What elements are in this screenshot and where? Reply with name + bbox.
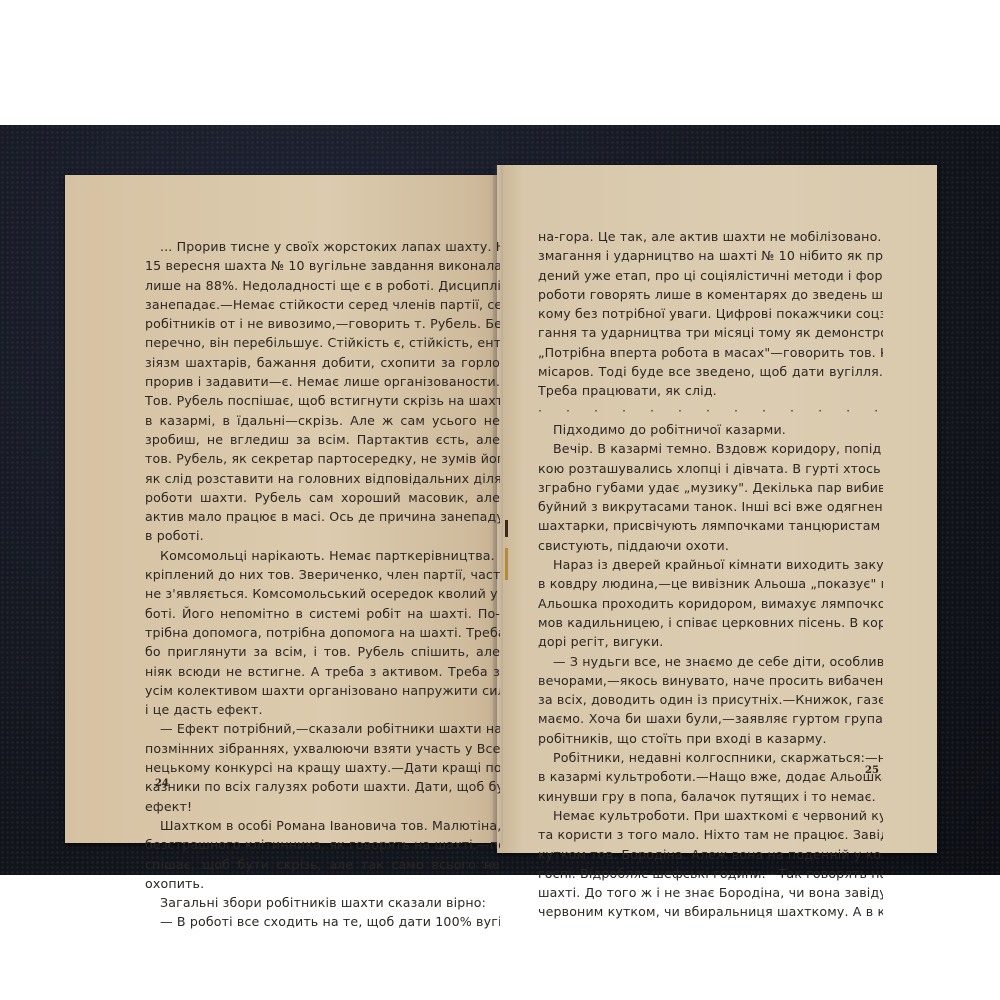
text-line: кою розташувались хлопці і дівчата. В гу… <box>538 459 883 478</box>
text-line: в ковдру людина,—це вивізник Альоша „пок… <box>538 574 883 593</box>
text-line: робітників от і не вивозимо,—говорить т.… <box>145 314 500 333</box>
text-line: актив мало працює в масі. Ось де причина… <box>145 507 500 526</box>
text-line: вечорами,—якось винувато, наче просить в… <box>538 671 883 690</box>
text-line: Підходимо до робітничої казарми. <box>538 420 883 439</box>
text-line: Треба працювати, як слід. <box>538 381 883 400</box>
text-line: гання та ударництва три місяці тому як д… <box>538 323 883 342</box>
text-line: нецькому конкурсі на кращу шахту.—Дати к… <box>145 758 500 777</box>
text-line: кутком тов. Бородіна. Алеж вона на поден… <box>538 845 883 864</box>
text-line: трібна допомога, потрібна допомога на ша… <box>145 623 500 642</box>
text-line: шахті. До того ж і не знає Бородіна, чи … <box>538 883 883 902</box>
text-line: „Потрібна вперта робота в масах"—говорит… <box>538 343 883 362</box>
text-line: не з'являється. Комсомольський осередок … <box>145 584 500 603</box>
text-line: кому без потрібної уваги. Цифрові покажч… <box>538 304 883 323</box>
text-line: — З нудьги все, не знаємо де себе діти, … <box>538 652 883 671</box>
text-line: усім колективом шахти організовано напру… <box>145 681 500 700</box>
text-line: позмінних зібраннях, ухвалюючи взяти уча… <box>145 739 500 758</box>
text-line: Загальні збори робітників шахти сказали … <box>145 893 500 912</box>
text-line: госпі. Відробляє шефські години.—Так гов… <box>538 864 883 883</box>
text-line: в казармі культроботи.—Нащо вже, додає А… <box>538 767 883 786</box>
text-line: свистують, піддаючи охоти. <box>538 536 883 555</box>
text-line: буйний з викрутасами танок. Інші всі вже… <box>538 497 883 516</box>
text-line: боті. Його непомітно в системі робіт на … <box>145 604 500 623</box>
text-line: змагання і ударництво на шахті № 10 ніби… <box>538 246 883 265</box>
staple-icon <box>505 520 508 537</box>
text-line: робітників, що стоїть при вході в казарм… <box>538 729 883 748</box>
text-line: бо приглянути за всім, і тов. Рубель спі… <box>145 642 500 661</box>
text-line: ... Прорив тисне у своїх жорстоких лапах… <box>145 237 500 256</box>
right-page-text: на-гора. Це так, але актив шахти не мобі… <box>538 227 883 922</box>
text-line: лише на 88%. Недоладності ще є в роботі.… <box>145 276 500 295</box>
text-line: та користи з того мало. Ніхто там не пра… <box>538 825 883 844</box>
text-line: кинувши гру в попа, балачок путящих і то… <box>538 787 883 806</box>
text-line: Немає культроботи. При шахткомі є червон… <box>538 806 883 825</box>
text-line: роботи шахти. Рубель сам хороший масовик… <box>145 488 500 507</box>
text-line: ефект! <box>145 797 500 816</box>
text-line: дений уже етап, про ці соціялістичні мет… <box>538 266 883 285</box>
text-line: Робітники, недавні колгоспники, скаржать… <box>538 748 883 767</box>
text-line: Тов. Рубель поспішає, щоб встигнути скрі… <box>145 391 500 410</box>
text-line: тов. Рубель, як секретар партосередку, н… <box>145 449 500 468</box>
text-line: за всіх, доводить один із присутніх.—Кни… <box>538 690 883 709</box>
text-line: зграбно губами удає „музику". Декілька п… <box>538 478 883 497</box>
text-line: маємо. Хоча би шахи були,—заявляє гуртом… <box>538 709 883 728</box>
text-line: Шахтком в особі Романа Івановича тов. Ма… <box>145 816 500 835</box>
text-line: червоним кутком, чи вбиральниця шахткому… <box>538 902 883 921</box>
text-line: і це дасть ефект. <box>145 700 500 719</box>
text-line: роботи говорять лише в коментарях до зве… <box>538 285 883 304</box>
text-line: шахтарки, присвічують лямпочками танцюри… <box>538 516 883 535</box>
text-line: в казармі, в їдальні—скрізь. Але ж сам у… <box>145 411 500 430</box>
left-page-text: ... Прорив тисне у своїх жорстоких лапах… <box>145 237 500 932</box>
staple-icon <box>505 548 508 580</box>
text-line: Альошка проходить коридором, вимахує лям… <box>538 594 883 613</box>
text-line: 15 вересня шахта № 10 вугільне завдання … <box>145 256 500 275</box>
text-line: місаров. Тоді буде все зведено, щоб дати… <box>538 362 883 381</box>
text-line: Комсомольці нарікають. Немає парткерівни… <box>145 546 500 565</box>
text-line: Вечір. В казармі темно. Вздовж коридору,… <box>538 439 883 458</box>
text-line: зіязм шахтарів, бажання добити, схопити … <box>145 353 500 372</box>
text-line: безстрашного клітинника, як говорять на … <box>145 835 500 854</box>
text-line: як слід розставити на головних відповіда… <box>145 469 500 488</box>
text-line: — В роботі все сходить на те, щоб дати 1… <box>145 912 500 931</box>
text-line: охопить. <box>145 874 500 893</box>
text-line: прорив і задавити—є. Немає лише організо… <box>145 372 500 391</box>
text-line: в роботі. <box>145 526 500 545</box>
page-number-right: 25 <box>865 765 879 776</box>
text-line: мов кадильницею, і співає церковних пісе… <box>538 613 883 632</box>
text-line: казники по всіх галузях роботи шахти. Да… <box>145 777 500 796</box>
text-line: Нараз із дверей крайньої кімнати виходит… <box>538 555 883 574</box>
text-line: кріплений до них тов. Звериченко, член п… <box>145 565 500 584</box>
section-separator: · · · · · · · · · · · · · · · · · · · · … <box>538 401 883 420</box>
text-line: занепадає.—Немає стійкости серед членів … <box>145 295 500 314</box>
text-line: дорі регіт, вигуки. <box>538 632 883 651</box>
text-line: ніяк всюди не встигне. А треба з активом… <box>145 662 500 681</box>
text-line: перечно, він перебільшує. Стійкість є, с… <box>145 333 500 352</box>
page-number-left: 24 <box>155 778 169 789</box>
text-line: на-гора. Це так, але актив шахти не мобі… <box>538 227 883 246</box>
text-line: — Ефект потрібний,—сказали робітники шах… <box>145 719 500 738</box>
text-line: спішає, щоб бути скрізь, але так само вс… <box>145 855 500 874</box>
text-line: зробиш, не вгледиш за всім. Партактив єс… <box>145 430 500 449</box>
